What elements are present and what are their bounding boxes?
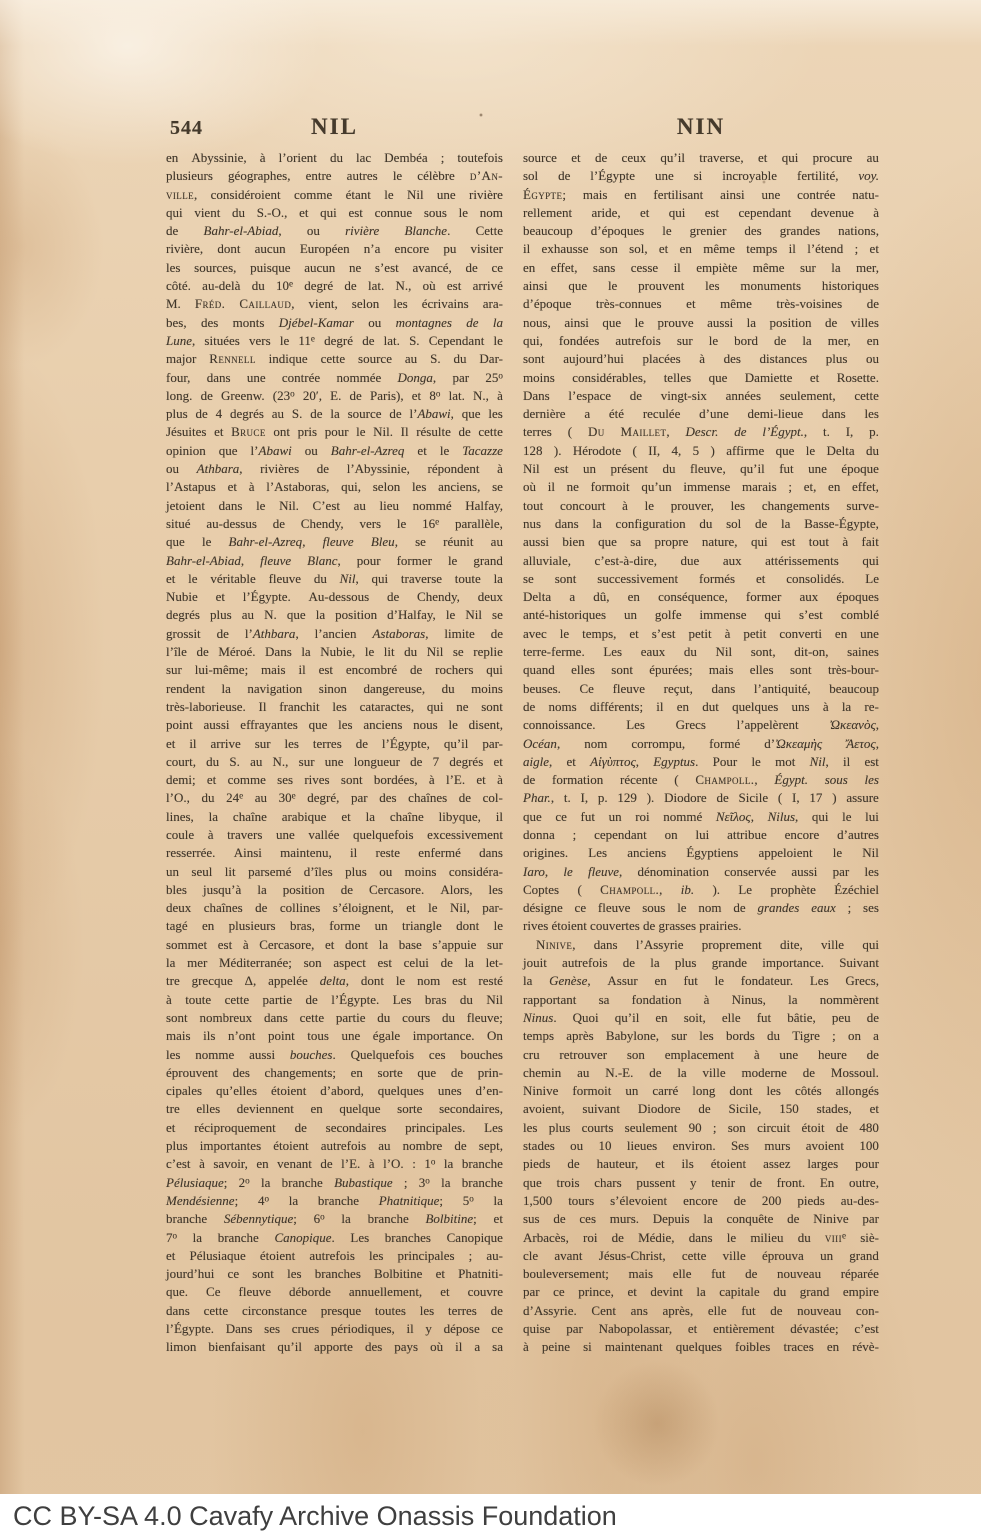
text-line: long.deGreenw.(23o20′,E.deParis),et8olat… (166, 388, 503, 406)
text-line: eneffet,sanscesseilempiètemêmesurlamer, (523, 260, 879, 278)
text-line: rivière,dontaucunEuropéenn’aencorepuvisi… (166, 241, 503, 259)
text-line: jetoientdansleNil.C’estaulieunomméHalfay… (166, 498, 503, 516)
text-line: cipalesqu’ellesétoientd’abord,quelquesun… (166, 1083, 503, 1101)
text-line: sesontsuccessivementformésetconsolidés.L… (523, 571, 879, 589)
text-line: Ninive,dansl’Assyrieproprementdite,ville… (523, 937, 879, 955)
text-line: laGenèse,Assurenfutlefondateur.LesGrecs, (523, 973, 879, 991)
text-line: limonbienfaisantqu’ilapportedespaysoùila… (166, 1339, 503, 1357)
text-line: aussibienquesaproprenature,quiesttoutàfa… (523, 534, 879, 552)
text-line: danscettecirconstancepresquetouteslester… (166, 1303, 503, 1321)
text-line: Iaro,lefleuve,dénominationconservéeaussi… (523, 864, 879, 882)
text-line: deBahr-el-Abiad,ourivièreBlanche.Cette (166, 223, 503, 241)
text-line: queleBahr-el-Azreq,fleuveBleu,seréunitau (166, 534, 503, 552)
text-line: côté.au-delàdu10edegrédelat.N.,oùestarri… (166, 278, 503, 296)
text-line: rivesétoientcouvertesdegrassesprairies. (523, 918, 879, 936)
text-line: ilexhaussesonsol,etenmêmetempsill’étend;… (523, 241, 879, 259)
text-line: Égypte;maisenfertilisantainsiunecontréen… (523, 187, 879, 205)
text-line: nous,ainsiqueleprouveaussilapositiondevi… (523, 315, 879, 333)
text-line: enAbyssinie,àl’orientdulacDembéa;toutefo… (166, 150, 503, 168)
text-line: Océan,nomcorrompu,forméd’ὨκεαμὴςἌετος, (523, 736, 879, 754)
text-line: tagéenplusieursbras,formeuntriangledontl… (166, 918, 503, 936)
text-line: Coptes(Champoll.,ib.).LeprophèteÉzéchiel (523, 882, 879, 900)
text-line: Arbacès,roideMédie,danslemilieuduviiiesi… (523, 1230, 879, 1248)
text-line: l’Égypte.Danssescruespériodiques,ilydépo… (166, 1321, 503, 1339)
text-line: Bahr-el-Abiad,fleuveBlanc,pourformerlegr… (166, 553, 503, 571)
text-line: terres(DuMaillet,Descr.del’Égypt.,t.I,p. (523, 424, 879, 442)
text-line: ouAthbara,rivièresdel’Abyssinie,réponden… (166, 461, 503, 479)
text-line: quandellessontépurées;maisellessonttrès-… (523, 662, 879, 680)
text-line: très-laborieuse.Ilfranchitlescataractes,… (166, 699, 503, 717)
text-line: rellementaride,etquiestcependantdevenueà (523, 205, 879, 223)
text-line: d’époquetrès-connuesetmêmetrès-voisinesd… (523, 296, 879, 314)
text-line: tregrecqueΔ,appeléedelta,dontlenomestres… (166, 973, 503, 991)
text-line: parceprince,etdevintlacapitaledugrandemp… (523, 1284, 879, 1302)
text-line: rapportantsafondationàNinus,lanommèrent (523, 992, 879, 1010)
text-line: terre-ferme.LeseauxduNilsont,dit-on,sain… (523, 644, 879, 662)
text-line: piedsdehauteur,etilsétoientassezlargespo… (523, 1156, 879, 1174)
text-line: que.Cefleuvedébordeannuellement,etcouvre (166, 1284, 503, 1302)
text-line: four,dansunecontréenomméeDonga,par25o (166, 370, 503, 388)
text-line: ainsiqueleprouventlesmonumentshistorique… (523, 278, 879, 296)
text-line: beuses.Cefleuvereçut,dansl’antiquité,bea… (523, 681, 879, 699)
text-line: nusdanslaconfigurationdusoldelaBasse-Égy… (523, 516, 879, 534)
text-line: etPélusiaqueétoientautrefoislesprincipal… (166, 1248, 503, 1266)
text-line: cruretrouversonemplacementàuneheurede (523, 1047, 879, 1065)
text-line: àpeinesimaintenantquelquesfoiblestracese… (523, 1339, 879, 1357)
text-line: désignecefleuvesouslenomdegrandeseaux;se… (523, 900, 879, 918)
text-line: bes,desmontsDjébel-Kamaroumontagnesdela (166, 315, 503, 333)
text-line: plusde4degrésauS.delasourcedel’Abawi,que… (166, 406, 503, 424)
text-line: surlui-même;maisilestencombréderochersqu… (166, 662, 503, 680)
book-page-scan: 544 NIL NIN enAbyssinie,àl’orientdulacDe… (0, 0, 981, 1539)
text-line: alluviale,c’est-à-dire,dueauxattérisseme… (523, 553, 879, 571)
text-line: 1,500tourss’élevoientencorede200piedsau-… (523, 1193, 879, 1211)
text-line: l’Astapusetàl’Astaboras,qui,selonlesanci… (166, 479, 503, 497)
text-line: 7olabrancheCanopique.LesbranchesCanopiqu… (166, 1230, 503, 1248)
text-line: Lune,situéesversle11edegrédelat.S.Cepend… (166, 333, 503, 351)
text-line: Deltaadû,enconséquence,formerauxépoques (523, 589, 879, 607)
text-line: brancheSébennytique;6olabrancheBolbitine… (166, 1211, 503, 1229)
text-line: plusimportantesétoientautrefoisaunombred… (166, 1138, 503, 1156)
text-line: sontnombreuxdanscettepartieducoursdufleu… (166, 1010, 503, 1028)
text-line: etréciproquementdesecondairesprincipales… (166, 1120, 503, 1138)
text-line: lines,lachaînearabiqueetlachaînelibyque,… (166, 809, 503, 827)
text-line: anté-historiquesungolfeimmensequis’estco… (523, 607, 879, 625)
text-line: etlevéritablefleuveduNil,quitraversetout… (166, 571, 503, 589)
text-column-right: sourceetdeceuxqu’iltraverse,etquiprocure… (523, 150, 879, 1358)
text-line: soldel’Égypteunesiincroyablefertilité,vo… (523, 168, 879, 186)
text-line: lespluscourtsseulement90;soncircuitétoit… (523, 1120, 879, 1138)
text-line: Dansl’espacedevingt-sixannéesseulement,c… (523, 388, 879, 406)
text-line: 128).Hérodote(II,4,5)affirmequeleDeltadu (523, 443, 879, 461)
text-line: opinionquel’AbawiouBahr-el-AzreqetleTaca… (166, 443, 503, 461)
text-line: JésuitesetBruceontprispourleNil.Ilrésult… (166, 424, 503, 442)
text-line: etilarrivesurlesterresdel’Égypte,qu’ilpa… (166, 736, 503, 754)
text-line: moinsconsidérables,tellesqueDamietteetRo… (523, 370, 879, 388)
text-line: cheminauN.-E.delavillemodernedeMossoul. (523, 1065, 879, 1083)
text-line: quecefutunroinomméΝεῖλος,Nilus,quilelui (523, 809, 879, 827)
text-line: donna;cependantonluiattribueencored’autr… (523, 827, 879, 845)
text-line: éprouventdeschangements;ensortequedeprin… (166, 1065, 503, 1083)
text-line: c’estàsavoir,envenantdel’E.àl’O.:1olabra… (166, 1156, 503, 1174)
text-line: avecletemps,ets’estpetitàpetitconvertien… (523, 626, 879, 644)
text-line: maisilsn’ontpointtousuneégaleimportance.… (166, 1028, 503, 1046)
text-line: deuxchaînesdecolliness’éloignent,etleNil… (166, 900, 503, 918)
text-line: bouleversement;maisellefutdenouveaurépar… (523, 1266, 879, 1284)
text-line: jouitautrefoisdelaplusgrandeimportance.S… (523, 955, 879, 973)
text-line: tempsaprèsBabylone,surlesbordsduTigre;on… (523, 1028, 879, 1046)
text-line: l’O.,du24eau30edegré,pardeschaînesdecol- (166, 790, 503, 808)
text-line: d’Assyrie.Centansaprès,ellefutdenouveauc… (523, 1303, 879, 1321)
text-line: connoissance.LesGrecsl’appelèrentὨκεανὸς… (523, 717, 879, 735)
text-line: Mendésienne;4olabranchePhatnitique;5ola (166, 1193, 503, 1211)
text-line: majorRennellindiquecettesourceauS.duDar- (166, 351, 503, 369)
text-line: quivientduS.-O.,etquiestconnuesouslenom (166, 205, 503, 223)
text-line: demi;etcommesesrivessontbordées,àl’E.età (166, 772, 503, 790)
text-line: M.Fréd.Caillaud,vient,selonlesécrivainsa… (166, 296, 503, 314)
text-line: Nilestunprésentdufleuve,qu’ilfutuneépoqu… (523, 461, 879, 479)
text-line: àtoutecettepartiedel’Égypte.LesbrasduNil (166, 992, 503, 1010)
text-line: quiseparNabopolassar,etentièrementdévast… (523, 1321, 879, 1339)
column-title-left: NIL (166, 114, 503, 140)
text-line: dernièreaétéreculéed’unedemi-lieuedansle… (523, 406, 879, 424)
text-line: lamerMéditerranée;sonaspectestceluidelal… (166, 955, 503, 973)
text-line: oùilneformoitqu’unimmensemarais;et,eneff… (523, 479, 879, 497)
text-line: lessources,puisqueaucunnes’estavancé,dec… (166, 260, 503, 278)
text-line: Niniveformoituncarrélongdontlescôtésallo… (523, 1083, 879, 1101)
text-line: qui,fondéesautrefoissurleborddelamer,en (523, 333, 879, 351)
text-line: deformationrécente(Champoll.,Égypt.sousl… (523, 772, 879, 790)
text-line: origines.LesanciensÉgyptiensappeloientle… (523, 845, 879, 863)
text-line: situéau-dessusdeChendy,versle16eparallèl… (166, 516, 503, 534)
license-text: CC BY-SA 4.0 Cavafy Archive Onassis Foun… (13, 1501, 617, 1532)
text-line: denomsdifférents;ilendutquelquesunsàlare… (523, 699, 879, 717)
text-line: quetroischarspussentytenirdefront.Enoutr… (523, 1175, 879, 1193)
text-line: avoient,suivantDiodoredeSicile,150stades… (523, 1101, 879, 1119)
text-line: cleavantJésus-Christ,cettevilleéprouvaun… (523, 1248, 879, 1266)
text-line: lesnommeaussibouches.Quelquefoiscesbouch… (166, 1047, 503, 1065)
text-line: degrésplusauN.quelapositiond’Halfay,leNi… (166, 607, 503, 625)
text-line: beaucoupd’époqueslegrenierdesgrandesnati… (523, 223, 879, 241)
text-line: pointaussieffrayantesquelesanciensnousle… (166, 717, 503, 735)
text-line: rendentlanavigationsinondangereuse,dumoi… (166, 681, 503, 699)
text-line: stadesou10lieuesenviron.Sesmursavoient10… (523, 1138, 879, 1156)
license-bar: CC BY-SA 4.0 Cavafy Archive Onassis Foun… (0, 1494, 981, 1539)
text-line: plusieursgéographes,entreautreslecélèbre… (166, 168, 503, 186)
column-title-right: NIN (523, 114, 879, 140)
text-line: l’îledeMéroé.DanslaNubie,lelitduNilserep… (166, 644, 503, 662)
text-line: resserrée.Ainsimaintenu,ilresteenferméda… (166, 845, 503, 863)
text-line: treellesdeviennentenquelquesortesecondai… (166, 1101, 503, 1119)
text-line: aigle,etΑἰγὺπτος,Egyptus.PourlemotNil,il… (523, 754, 879, 772)
text-line: sontaujourd’huiplacéesàdesdistancespluso… (523, 351, 879, 369)
text-line: grossitdel’Athbara,l’ancienAstaboras,lim… (166, 626, 503, 644)
text-line: unseullitparseméd’îlesplusoumoinsconsidé… (166, 864, 503, 882)
text-line: court,duS.auN.,surunelongueurde7degréset (166, 754, 503, 772)
text-line: Nubieetl’Égypte.Au-dessousdeChendy,deux (166, 589, 503, 607)
text-line: couleàtraversunevalléequelquefoisexcessi… (166, 827, 503, 845)
text-line: blesjusqu’àlapositiondeCercasore.Alors,l… (166, 882, 503, 900)
text-line: toutconcourtàleprouver,leschangementssur… (523, 498, 879, 516)
text-column-left: enAbyssinie,àl’orientdulacDembéa;toutefo… (166, 150, 503, 1358)
text-line: Phar.,t.I,p.129).DiodoredeSicile(I,17)as… (523, 790, 879, 808)
text-line: sommetestàCercasore,etdontlabases’appuie… (166, 937, 503, 955)
text-line: susdecesmurs.DepuislaconquêtedeNinivepar (523, 1211, 879, 1229)
text-line: sourceetdeceuxqu’iltraverse,etquiprocure… (523, 150, 879, 168)
text-line: Pélusiaque;2olabrancheBubastique;3olabra… (166, 1175, 503, 1193)
text-line: Ninus.Quoiqu’ilensoit,ellefutbâtie,peude (523, 1010, 879, 1028)
text-line: ville,considéroientcommeétantleNiluneriv… (166, 187, 503, 205)
text-line: jourd’huicesontlesbranchesBolbitineetPha… (166, 1266, 503, 1284)
